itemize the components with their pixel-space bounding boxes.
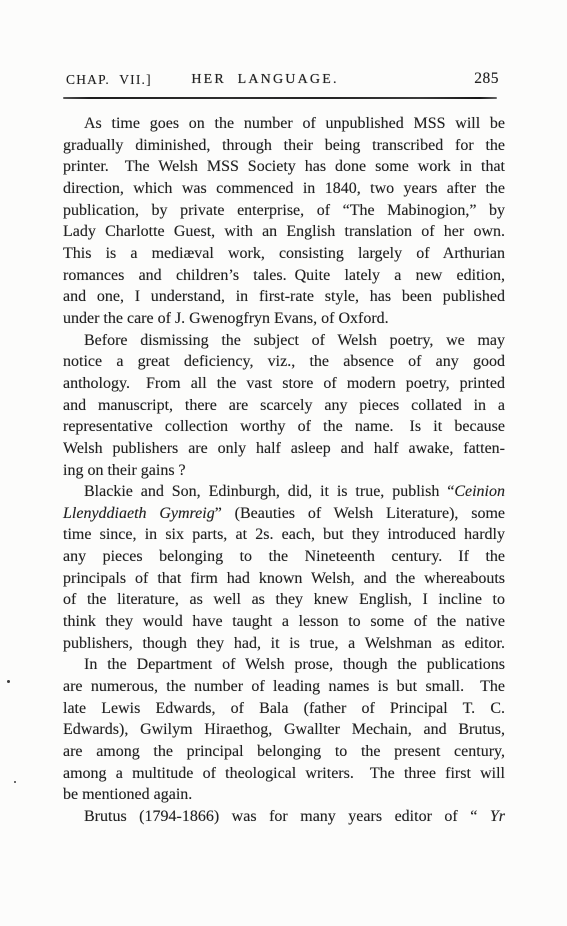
text-line: think they would have taught a lesson to…: [63, 611, 505, 633]
text-segment: are numerous, the number of leading name…: [63, 678, 505, 695]
page-number: 285: [474, 70, 499, 88]
text-segment: and one, I understand, in first-rate sty…: [63, 288, 505, 305]
text-line: Brutus (1794-1866) was for many years ed…: [63, 806, 505, 828]
text-segment: of the literature, as well as they knew …: [63, 591, 505, 608]
text-line: direction, which was commenced in 1840, …: [63, 178, 505, 200]
italic-text-segment: Ceinion: [454, 483, 505, 500]
text-line: gradually diminished, through their bein…: [63, 135, 505, 157]
text-segment: As time goes on the number of unpublishe…: [84, 115, 505, 132]
text-segment: principals of that firm had known Welsh,…: [63, 570, 505, 587]
text-segment: Edwards), Gwilym Hiraethog, Gwallter Mec…: [63, 721, 505, 738]
book-page-scan: CHAP. VII.] HER LANGUAGE. 285 As time go…: [0, 0, 567, 926]
ink-speck: [7, 680, 10, 683]
text-line: Lady Charlotte Guest, with an English tr…: [63, 221, 505, 243]
text-line: any pieces belonging to the Nineteenth c…: [63, 546, 505, 568]
text-segment: time since, in six parts, at 2s. each, b…: [63, 526, 505, 543]
text-segment: any pieces belonging to the Nineteenth c…: [63, 548, 505, 565]
text-line: representative collection worthy of the …: [63, 416, 505, 438]
text-segment: ing on their gains ?: [63, 462, 186, 479]
italic-text-segment: Llenyddiaeth Gymreig: [63, 505, 215, 522]
text-line: ing on their gains ?: [63, 460, 505, 482]
page-body: As time goes on the number of unpublishe…: [63, 113, 505, 828]
text-line: Welsh publishers are only half asleep an…: [63, 438, 505, 460]
text-line: be mentioned again.: [63, 784, 505, 806]
text-line: Edwards), Gwilym Hiraethog, Gwallter Mec…: [63, 719, 505, 741]
text-line: Llenyddiaeth Gymreig” (Beauties of Welsh…: [63, 503, 505, 525]
text-line: and one, I understand, in first-rate sty…: [63, 286, 505, 308]
italic-text-segment: Yr: [490, 808, 505, 825]
text-segment: be mentioned again.: [63, 786, 192, 803]
text-segment: Welsh publishers are only half asleep an…: [63, 440, 505, 457]
text-segment: anthology. From all the vast store of mo…: [63, 375, 505, 392]
text-line: publishers, though they had, it is true,…: [63, 633, 505, 655]
text-segment: think they would have taught a lesson to…: [63, 613, 505, 630]
running-header: CHAP. VII.] HER LANGUAGE. 285: [63, 70, 505, 90]
text-segment: notice a great deficiency, viz., the abs…: [63, 353, 505, 370]
text-segment: Lady Charlotte Guest, with an English tr…: [63, 223, 505, 240]
text-line: are among the principal belonging to the…: [63, 741, 505, 763]
text-line: printer. The Welsh MSS Society has done …: [63, 156, 505, 178]
text-line: Before dismissing the subject of Welsh p…: [63, 330, 505, 352]
header-rule: [63, 97, 497, 99]
text-line: of the literature, as well as they knew …: [63, 589, 505, 611]
text-segment: late Lewis Edwards, of Bala (father of P…: [63, 700, 505, 717]
text-segment: gradually diminished, through their bein…: [63, 137, 505, 154]
text-line: under the care of J. Gwenogfryn Evans, o…: [63, 308, 505, 330]
text-line: notice a great deficiency, viz., the abs…: [63, 351, 505, 373]
text-line: late Lewis Edwards, of Bala (father of P…: [63, 698, 505, 720]
text-segment: printer. The Welsh MSS Society has done …: [63, 158, 505, 175]
running-title: HER LANGUAGE.: [44, 72, 486, 88]
text-line: As time goes on the number of unpublishe…: [63, 113, 505, 135]
text-segment: Brutus (1794-1866) was for many years ed…: [84, 808, 490, 825]
text-line: time since, in six parts, at 2s. each, b…: [63, 524, 505, 546]
text-line: romances and children’s tales. Quite lat…: [63, 265, 505, 287]
text-segment: under the care of J. Gwenogfryn Evans, o…: [63, 310, 389, 327]
text-segment: direction, which was commenced in 1840, …: [63, 180, 505, 197]
text-segment: ” (Beauties of Welsh Literature), some: [215, 505, 505, 522]
text-segment: In the Department of Welsh prose, though…: [84, 656, 505, 673]
text-line: are numerous, the number of leading name…: [63, 676, 505, 698]
text-segment: romances and children’s tales. Quite lat…: [63, 267, 505, 284]
text-line: In the Department of Welsh prose, though…: [63, 654, 505, 676]
text-line: This is a mediæval work, consisting larg…: [63, 243, 505, 265]
text-segment: This is a mediæval work, consisting larg…: [63, 245, 505, 262]
text-segment: representative collection worthy of the …: [63, 418, 505, 435]
text-line: among a multitude of theological writers…: [63, 763, 505, 785]
text-line: principals of that firm had known Welsh,…: [63, 568, 505, 590]
text-segment: publishers, though they had, it is true,…: [63, 635, 505, 652]
text-line: and manuscript, there are scarcely any p…: [63, 395, 505, 417]
text-segment: and manuscript, there are scarcely any p…: [63, 397, 505, 414]
text-segment: publication, by private enterprise, of “…: [63, 202, 505, 219]
text-segment: Before dismissing the subject of Welsh p…: [84, 332, 505, 349]
text-line: publication, by private enterprise, of “…: [63, 200, 505, 222]
text-line: anthology. From all the vast store of mo…: [63, 373, 505, 395]
text-segment: Blackie and Son, Edinburgh, did, it is t…: [84, 483, 454, 500]
ink-speck: [14, 781, 16, 783]
text-segment: are among the principal belonging to the…: [63, 743, 505, 760]
text-segment: among a multitude of theological writers…: [63, 765, 505, 782]
text-line: Blackie and Son, Edinburgh, did, it is t…: [63, 481, 505, 503]
